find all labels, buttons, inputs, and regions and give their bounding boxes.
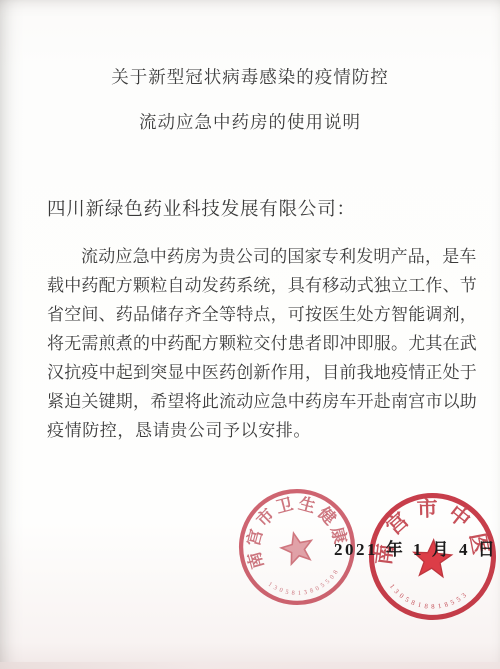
photo-bottom-band (0, 662, 500, 669)
body-line: 流动应急中药房为贵公司的国家专利发明产品，是车 (47, 242, 462, 271)
body-line: 汉抗疫中起到突显中医药创新作用，目前我地疫情正处于 (47, 358, 462, 387)
body-line: 省空间、药品储存齐全等特点，可按医生处方智能调剂， (47, 300, 462, 329)
letter-date: 2021 年 1 月 4 日 (334, 535, 497, 560)
body-line: 紧迫关键期，希望将此流动应急中药房车开赴南宫市以助 (47, 387, 462, 416)
body-line: 疫情防控，恳请贵公司予以安排。 (47, 416, 462, 445)
letter-title-line2: 流动应急中药房的使用说明 (0, 112, 500, 133)
letter-title-line1: 关于新型冠状病毒感染的疫情防控 (0, 67, 500, 88)
body-line: 将无需煎煮的中药配方颗粒交付患者即冲即服。尤其在武 (47, 329, 462, 358)
body-line: 载中药配方颗粒自动发药系统，具有移动式独立工作、节 (47, 271, 462, 300)
letter-page: 关于新型冠状病毒感染的疫情防控 流动应急中药房的使用说明 四川新绿色药业科技发展… (0, 0, 500, 669)
letter-salutation: 四川新绿色药业科技发展有限公司： (47, 195, 356, 221)
seal-star-icon (279, 529, 316, 565)
letter-body: 流动应急中药房为贵公司的国家专利发明产品，是车 载中药配方颗粒自动发药系统，具有… (47, 242, 462, 445)
